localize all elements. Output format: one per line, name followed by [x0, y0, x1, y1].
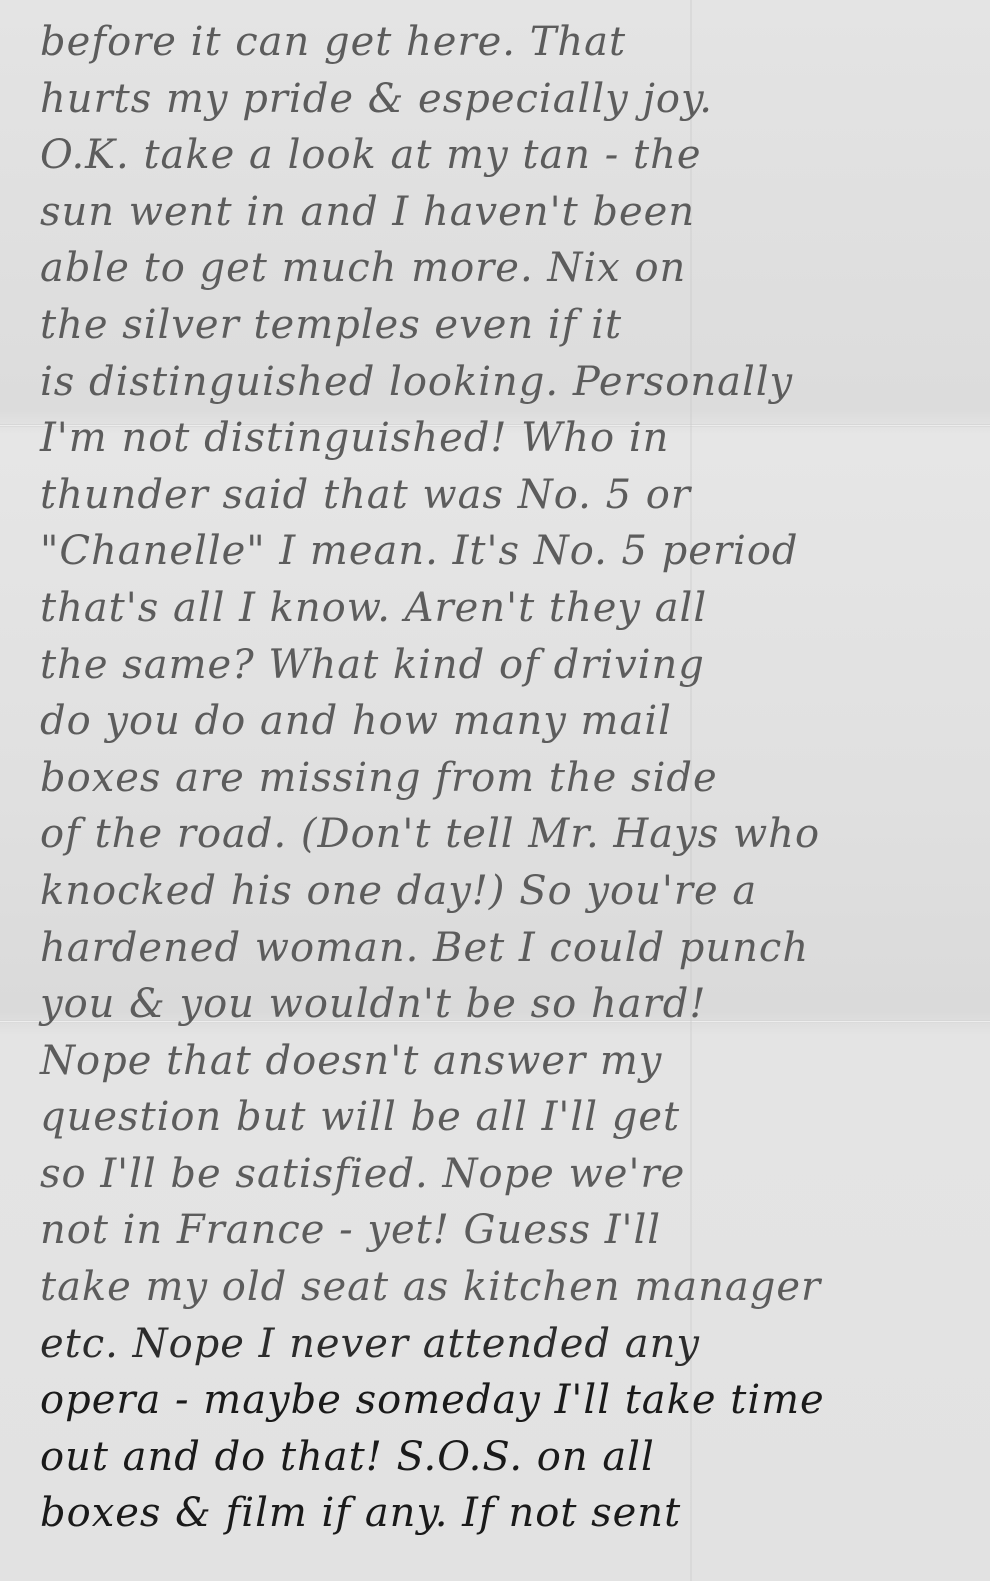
- text-line: "Chanelle" I mean. It's No. 5 period: [40, 523, 970, 580]
- text-line: opera - maybe someday I'll take time: [40, 1372, 970, 1429]
- text-line: I'm not distinguished! Who in: [40, 410, 970, 467]
- text-line: knocked his one day!) So you're a: [40, 863, 970, 920]
- text-line: not in France - yet! Guess I'll: [40, 1202, 970, 1259]
- text-line: Nope that doesn't answer my: [40, 1033, 970, 1090]
- text-line: hurts my pride & especially joy.: [40, 71, 970, 128]
- text-line: question but will be all I'll get: [40, 1089, 970, 1146]
- text-line: boxes are missing from the side: [40, 750, 970, 807]
- text-line: you & you wouldn't be so hard!: [40, 976, 970, 1033]
- text-line: that's all I know. Aren't they all: [40, 580, 970, 637]
- text-line: is distinguished looking. Personally: [40, 354, 970, 411]
- text-line: so I'll be satisfied. Nope we're: [40, 1146, 970, 1203]
- text-line: boxes & film if any. If not sent: [40, 1485, 970, 1542]
- text-line: etc. Nope I never attended any: [40, 1316, 970, 1373]
- text-line: of the road. (Don't tell Mr. Hays who: [40, 806, 970, 863]
- text-line: before it can get here. That: [40, 14, 970, 71]
- text-line: the same? What kind of driving: [40, 637, 970, 694]
- text-line: thunder said that was No. 5 or: [40, 467, 970, 524]
- text-line: O.K. take a look at my tan - the: [40, 127, 970, 184]
- text-line: able to get much more. Nix on: [40, 240, 970, 297]
- handwritten-text: before it can get here. That hurts my pr…: [40, 14, 970, 1542]
- text-line: do you do and how many mail: [40, 693, 970, 750]
- text-line: sun went in and I haven't been: [40, 184, 970, 241]
- letter-page: before it can get here. That hurts my pr…: [0, 0, 990, 1581]
- text-line: hardened woman. Bet I could punch: [40, 920, 970, 977]
- text-line: take my old seat as kitchen manager: [40, 1259, 970, 1316]
- text-line: out and do that! S.O.S. on all: [40, 1429, 970, 1486]
- text-line: the silver temples even if it: [40, 297, 970, 354]
